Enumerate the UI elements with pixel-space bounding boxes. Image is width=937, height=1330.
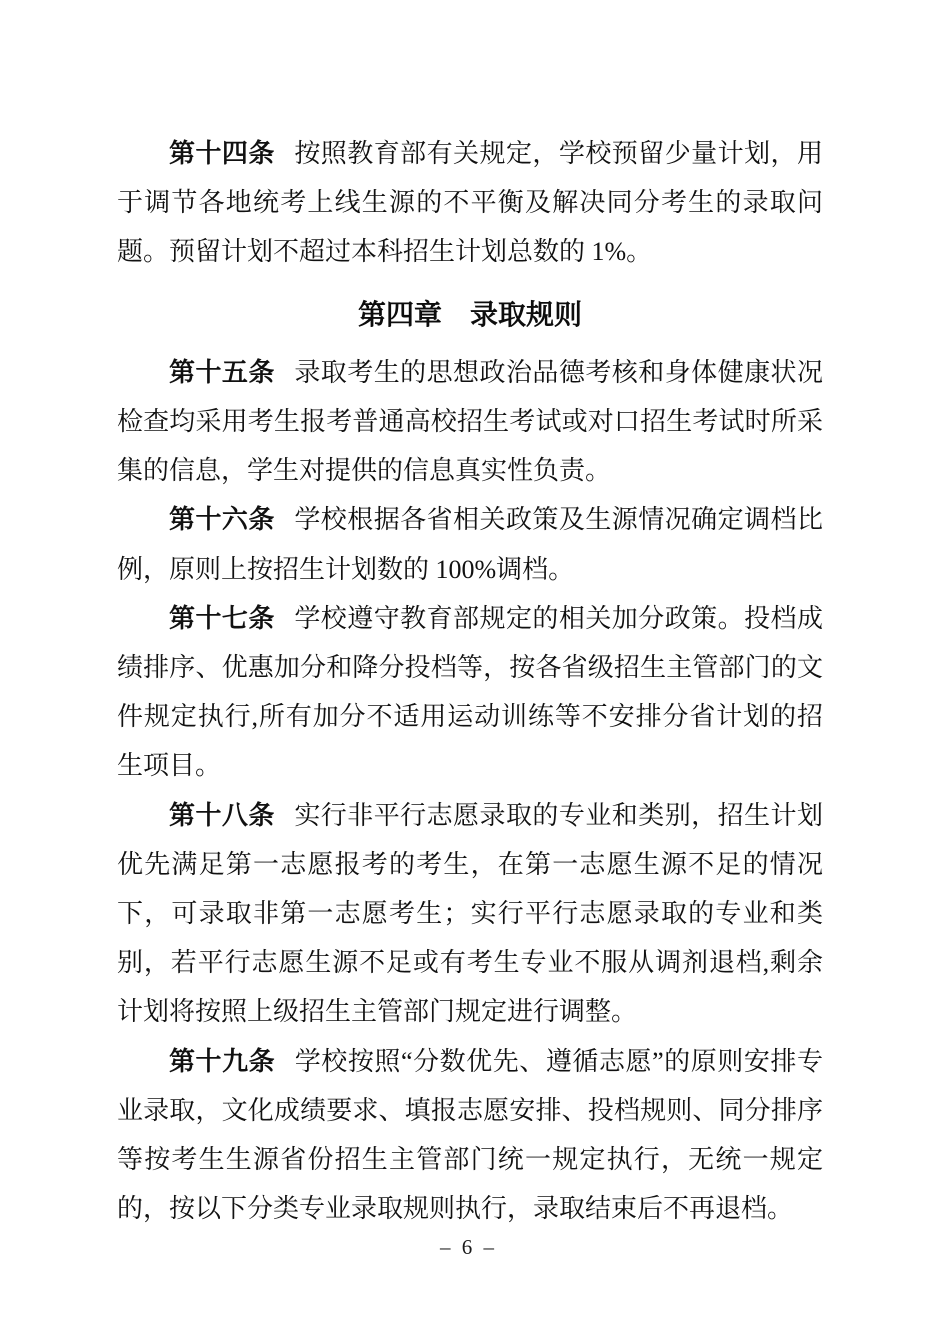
article-18-paragraph: 第十八条实行非平行志愿录取的专业和类别，招生计划优先满足第一志愿报考的考生，在第… [117,791,823,1037]
article-14-paragraph: 第十四条按照教育部有关规定，学校预留少量计划，用于调节各地统考上线生源的不平衡及… [117,129,823,277]
document-page: 第十四条按照教育部有关规定，学校预留少量计划，用于调节各地统考上线生源的不平衡及… [0,0,937,1330]
article-19-paragraph: 第十九条学校按照“分数优先、遵循志愿”的原则安排专业录取，文化成绩要求、填报志愿… [117,1037,823,1234]
article-17-number: 第十七条 [169,604,275,633]
article-15-number: 第十五条 [169,358,275,387]
article-15-paragraph: 第十五条录取考生的思想政治品德考核和身体健康状况检查均采用考生报考普通高校招生考… [117,348,823,496]
article-14-number: 第十四条 [169,139,275,168]
article-18-text: 实行非平行志愿录取的专业和类别，招生计划优先满足第一志愿报考的考生，在第一志愿生… [117,801,823,1027]
article-19-number: 第十九条 [169,1047,275,1076]
article-16-paragraph: 第十六条学校根据各省相关政策及生源情况确定调档比例，原则上按招生计划数的 100… [117,495,823,593]
document-body: 第十四条按照教育部有关规定，学校预留少量计划，用于调节各地统考上线生源的不平衡及… [117,129,823,1233]
article-18-number: 第十八条 [169,801,275,830]
page-number: – 6 – [0,1233,937,1261]
article-17-paragraph: 第十七条学校遵守教育部规定的相关加分政策。投档成绩排序、优惠加分和降分投档等，按… [117,594,823,791]
article-16-number: 第十六条 [169,505,275,534]
chapter-4-heading: 第四章 录取规则 [117,290,823,339]
